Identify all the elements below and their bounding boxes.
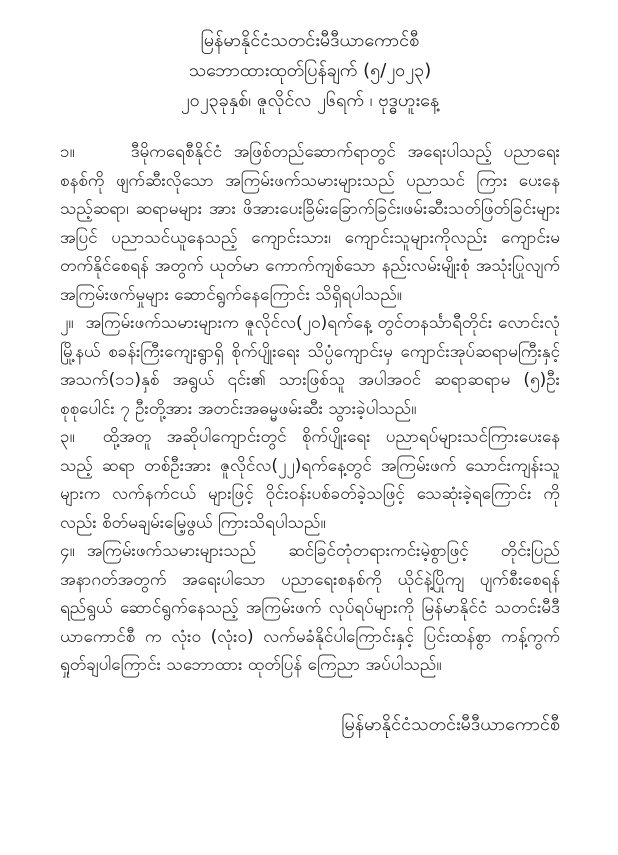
tab-spacer (75, 156, 131, 157)
tab-spacer (75, 555, 87, 556)
document-header: မြန်မာနိုင်ငံသတင်းမီဒီယာကောင်စီ သဘောထားထ… (60, 26, 560, 116)
document-body: ၁။ဒီမိုကရေစီနိုင်ငံ အဖြစ်တည်ဆောက်ရာတွင် … (60, 138, 560, 680)
document-page: မြန်မာနိုင်ငံသတင်းမီဒီယာကောင်စီ သဘောထားထ… (0, 0, 618, 855)
paragraph-4-number: ၄။ (60, 541, 75, 561)
paragraph-1-number: ၁။ (60, 142, 75, 162)
statement-date: ၂၀၂၃ခုနှစ်၊ ဇူလိုင်လ ၂၆ရက် ၊ ဗုဒ္ဓဟူးနေ့ (60, 86, 560, 116)
paragraph-3-text: ထို့အတူ အဆိုပါကျောင်းတွင် စိုက်ပျိုးရေး … (60, 427, 560, 533)
tab-spacer (74, 327, 86, 328)
paragraph-2: ၂။အကြမ်းဖက်သမားများက ဇူလိုင်လ(၂၀)ရက်နေ့ … (60, 309, 560, 423)
paragraph-2-text: အကြမ်းဖက်သမားများက ဇူလိုင်လ(၂၀)ရက်နေ့ တွ… (60, 313, 560, 419)
paragraph-1-text: ဒီမိုကရေစီနိုင်ငံ အဖြစ်တည်ဆောက်ရာတွင် အရ… (60, 142, 560, 305)
paragraph-3: ၃။ထို့အတူ အဆိုပါကျောင်းတွင် စိုက်ပျိုးရေ… (60, 423, 560, 537)
paragraph-4: ၄။အကြမ်းဖက်သမားများသည် ဆင်ခြင်တုံတရားကင်… (60, 537, 560, 680)
paragraph-2-number: ၂။ (60, 313, 74, 333)
paragraph-4-text: အကြမ်းဖက်သမားများသည် ဆင်ခြင်တုံတရားကင်းမ… (60, 541, 560, 675)
paragraph-1: ၁။ဒီမိုကရေစီနိုင်ငံ အဖြစ်တည်ဆောက်ရာတွင် … (60, 138, 560, 309)
statement-title: သဘောထားထုတ်ပြန်ချက် (၅/၂၀၂၃) (60, 56, 560, 86)
document-footer: မြန်မာနိုင်ငံသတင်းမီဒီယာကောင်စီ (60, 710, 560, 740)
signature: မြန်မာနိုင်ငံသတင်းမီဒီယာကောင်စီ (60, 710, 560, 740)
paragraph-3-number: ၃။ (60, 427, 75, 447)
tab-spacer (75, 441, 103, 442)
org-title: မြန်မာနိုင်ငံသတင်းမီဒီယာကောင်စီ (60, 26, 560, 56)
